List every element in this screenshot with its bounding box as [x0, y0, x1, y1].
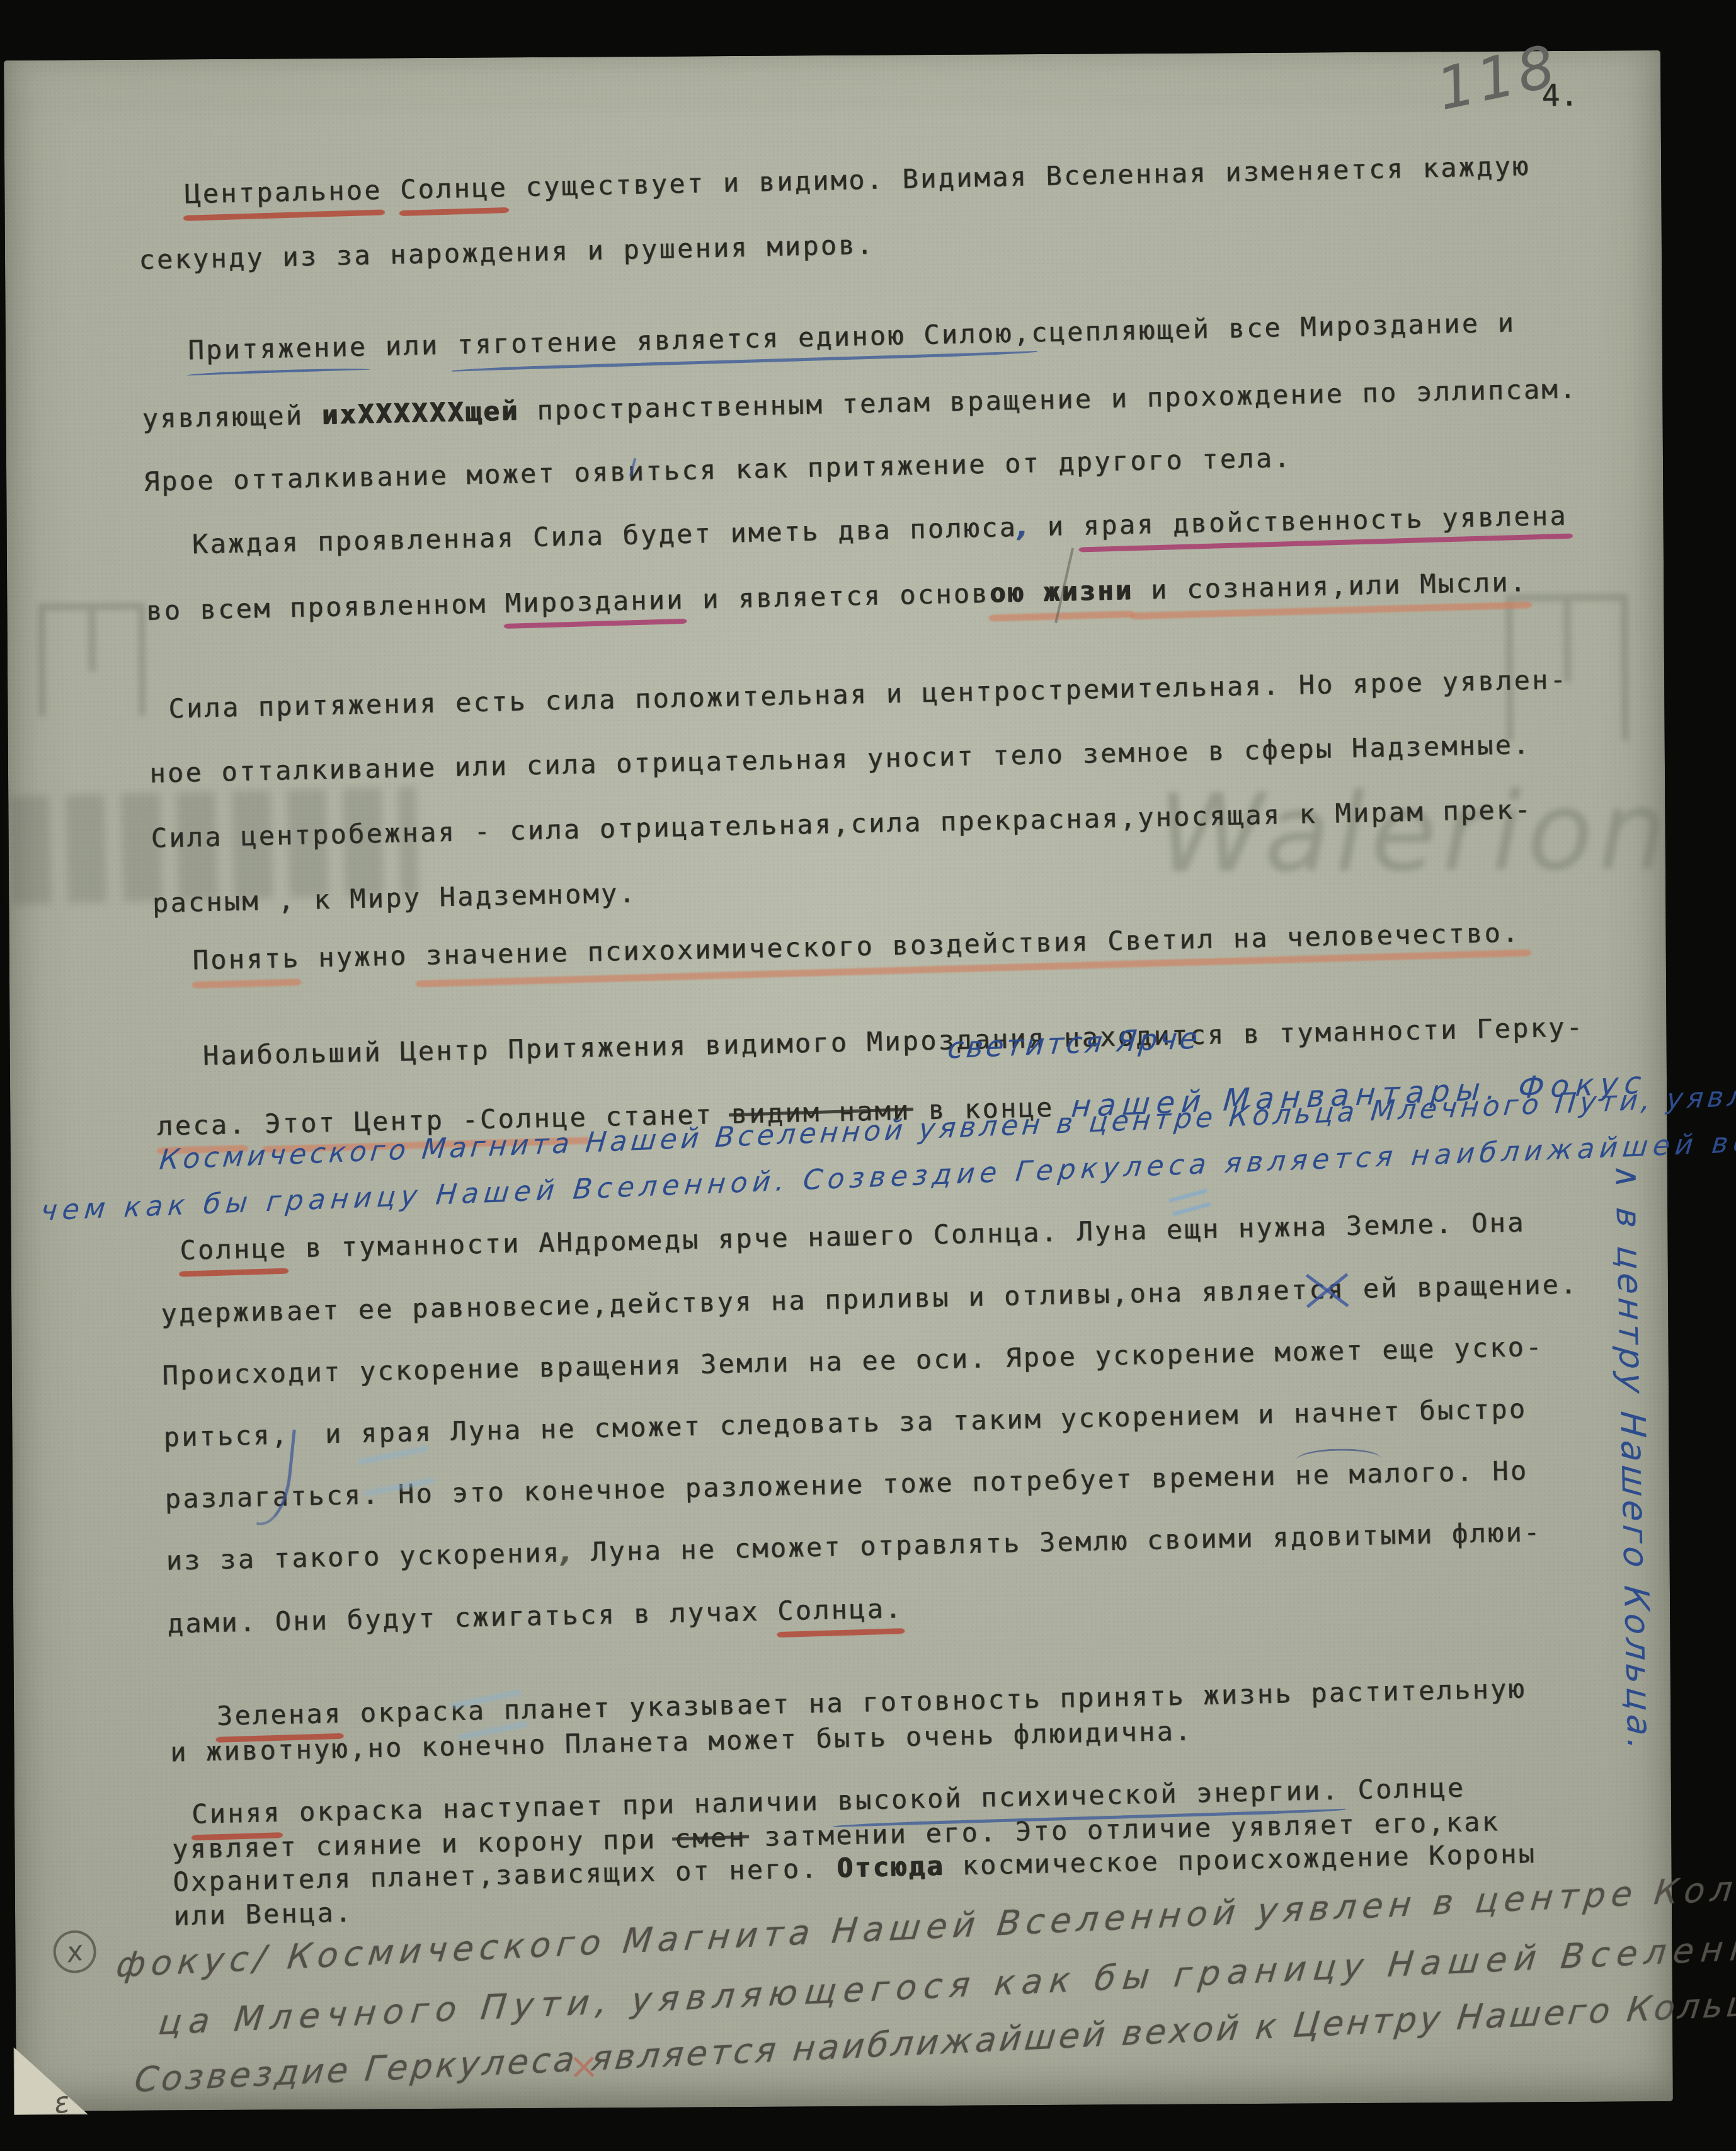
- typed-line: расным , к Миру Надземному.: [152, 878, 637, 919]
- typed-text-segment: [382, 174, 401, 205]
- typed-line: Сила притяжения есть сила положительная …: [168, 664, 1568, 725]
- annotated-text-segment: ярая двойственность уявлена: [1083, 500, 1568, 541]
- circled-reference-mark: х: [50, 1927, 100, 1976]
- typed-text-segment: пространственным телам вращение и прохож…: [518, 373, 1577, 426]
- typed-text-segment: . Но: [1456, 1455, 1529, 1487]
- annotated-text-segment: Солнце: [400, 172, 508, 205]
- annotated-text-segment: ся: [1309, 1273, 1345, 1305]
- typed-text-segment: удерживает ее равновесие,действуя на при…: [161, 1274, 1310, 1329]
- typed-text-segment: или: [367, 329, 457, 362]
- typed-text-segment: ей вращение.: [1345, 1268, 1579, 1304]
- typed-text-segment: уявляющей: [142, 399, 322, 434]
- scanned-document-page: Walerion 118 4. Центральное Солнце сущес…: [0, 0, 1736, 2151]
- typed-text-segment: Ярое отталкивание может: [143, 457, 574, 497]
- typed-line: из за такого ускорения, Луна не сможет о…: [166, 1517, 1542, 1576]
- typed-text-segment: нужна Земле. Она: [1220, 1207, 1526, 1244]
- annotated-text-segment: Понять: [192, 943, 300, 976]
- annotated-text-segment: оявиться: [574, 454, 718, 488]
- paper-sheet: Walerion 118 4. Центральное Солнце сущес…: [4, 50, 1673, 2111]
- annotated-text-segment: леса.: [157, 1109, 247, 1142]
- typed-text-segment: сцепляющей все Мироздание и: [1031, 307, 1516, 348]
- annotated-text-segment: и сознания,или Мысли.: [1133, 566, 1528, 605]
- typed-line: Происходит ускорение вращения Земли на е…: [162, 1331, 1544, 1391]
- annotated-text-segment: ,: [561, 1537, 573, 1568]
- typed-line: Сила центробежная - сила отрицательная,с…: [151, 794, 1533, 854]
- annotated-text-segment: Зеленая: [216, 1698, 342, 1731]
- typed-line: Наибольший Центр Притяжения видимого Мир…: [202, 1011, 1584, 1071]
- typed-line: Притяжение или тяготение является единою…: [188, 307, 1516, 365]
- typed-line: риться, и ярая Луна не сможет следовать …: [163, 1393, 1528, 1452]
- typed-text-segment: во всем проявленном: [146, 588, 506, 626]
- annotated-text-segment: тяготение является единою Силою,: [457, 317, 1031, 360]
- annotated-text-segment: Солнца.: [777, 1593, 903, 1626]
- corner-pencil-mark: ε: [52, 2085, 71, 2121]
- typed-text-segment: Каждая проявленная Сила будет иметь два …: [191, 512, 1017, 559]
- typed-line: дами. Они будут сжигаться в лучах Солнца…: [167, 1593, 903, 1639]
- typed-text-segment: Сила притяжения есть сила положительная …: [168, 664, 1568, 725]
- annotated-text-segment: Солнце: [180, 1232, 288, 1266]
- typed-text-segment: секунду из за нарождения и рушения миров…: [139, 229, 875, 275]
- typed-line: Солнце в туманности АНдромеды ярче нашег…: [180, 1207, 1526, 1266]
- typed-text-segment: дами. Они будут сжигаться в лучах: [167, 1595, 777, 1639]
- typed-text-segment: Наибольший Центр Притяжения видимого Мир…: [202, 1011, 1584, 1071]
- annotated-text-segment: Мироздании: [505, 584, 685, 619]
- typed-text-segment: расным , к Миру Надземному.: [152, 878, 637, 919]
- annotated-text-segment: ,: [1017, 511, 1030, 542]
- typed-text-segment: Происходит ускорение вращения Земли на е…: [162, 1331, 1544, 1391]
- typed-text-segment: Луна не сможет отравлять Землю своими яд…: [573, 1517, 1542, 1568]
- typed-text-segment: и является основ: [684, 578, 990, 615]
- annotated-text-segment: ещн: [1166, 1213, 1220, 1245]
- typed-line: Каждая проявленная Сила будет иметь два …: [191, 500, 1568, 560]
- annotated-text-segment: высокой психической энергии.: [837, 1775, 1340, 1816]
- typed-page-number: 4.: [1541, 77, 1579, 113]
- typed-line: во всем проявленном Мироздании и являетс…: [146, 566, 1528, 626]
- typed-text-segment: как притяжение от другого тела.: [717, 442, 1292, 485]
- red-cross-mark: ×: [568, 2044, 600, 2087]
- typed-text-segment: нужно: [300, 940, 426, 973]
- reference-mark-letter: х: [64, 1934, 86, 1969]
- annotated-text-segment: Отсюда: [837, 1850, 945, 1884]
- typed-line: Понять нужно значение психохимического в…: [192, 917, 1521, 975]
- typed-text-segment: [246, 1108, 265, 1140]
- annotated-text-segment: не малого: [1294, 1457, 1456, 1491]
- page-content: 118 4. Центральное Солнце существует и в…: [0, 38, 1688, 2123]
- typed-line: Ярое отталкивание может оявиться как при…: [143, 442, 1292, 497]
- typed-text-segment: или Венца.: [173, 1896, 353, 1931]
- typed-line: ное отталкивание или сила отрицательная …: [149, 729, 1531, 789]
- annotated-text-segment: Притяжение: [188, 331, 368, 365]
- annotated-text-segment: значение психохимического воздействия Св…: [425, 917, 1520, 970]
- typed-line: секунду из за нарождения и рушения миров…: [139, 229, 875, 275]
- typed-text-segment: Сила центробежная - сила отрицательная,с…: [151, 794, 1533, 854]
- handwritten-margin-note-vertical: ∧ в центру Нашего Кольца.: [1608, 1163, 1660, 1756]
- typed-text-segment: и: [1029, 510, 1083, 542]
- annotated-text-segment: смен: [674, 1821, 746, 1854]
- annotated-text-segment: Синяя: [191, 1797, 282, 1830]
- annotated-text-segment: Центральное: [185, 175, 382, 210]
- typed-line: Центральное Солнце существует и видимо. …: [185, 151, 1531, 210]
- typed-text-segment: риться, и ярая Луна не сможет следовать …: [163, 1393, 1528, 1452]
- typed-text-segment: разлагаться. Но это конечное разложение …: [164, 1460, 1295, 1515]
- typed-text-segment: существует и видимо. Видимая Вселенная и…: [507, 151, 1530, 203]
- typed-line: или Венца.: [173, 1896, 353, 1931]
- typed-line: уявляющей ихХХХХХХщей пространственным т…: [142, 373, 1577, 434]
- typed-text-segment: в туманности АНдромеды ярче нашего Солнц…: [287, 1214, 1167, 1263]
- typed-text-segment: Солнце: [1339, 1772, 1465, 1805]
- typed-line: удерживает ее равновесие,действуя на при…: [161, 1268, 1579, 1329]
- typed-text-segment: ное отталкивание или сила отрицательная …: [149, 729, 1531, 789]
- annotated-text-segment: ихХХХХХХщей: [321, 395, 519, 430]
- typed-text-segment: из за такого ускорения: [166, 1537, 561, 1576]
